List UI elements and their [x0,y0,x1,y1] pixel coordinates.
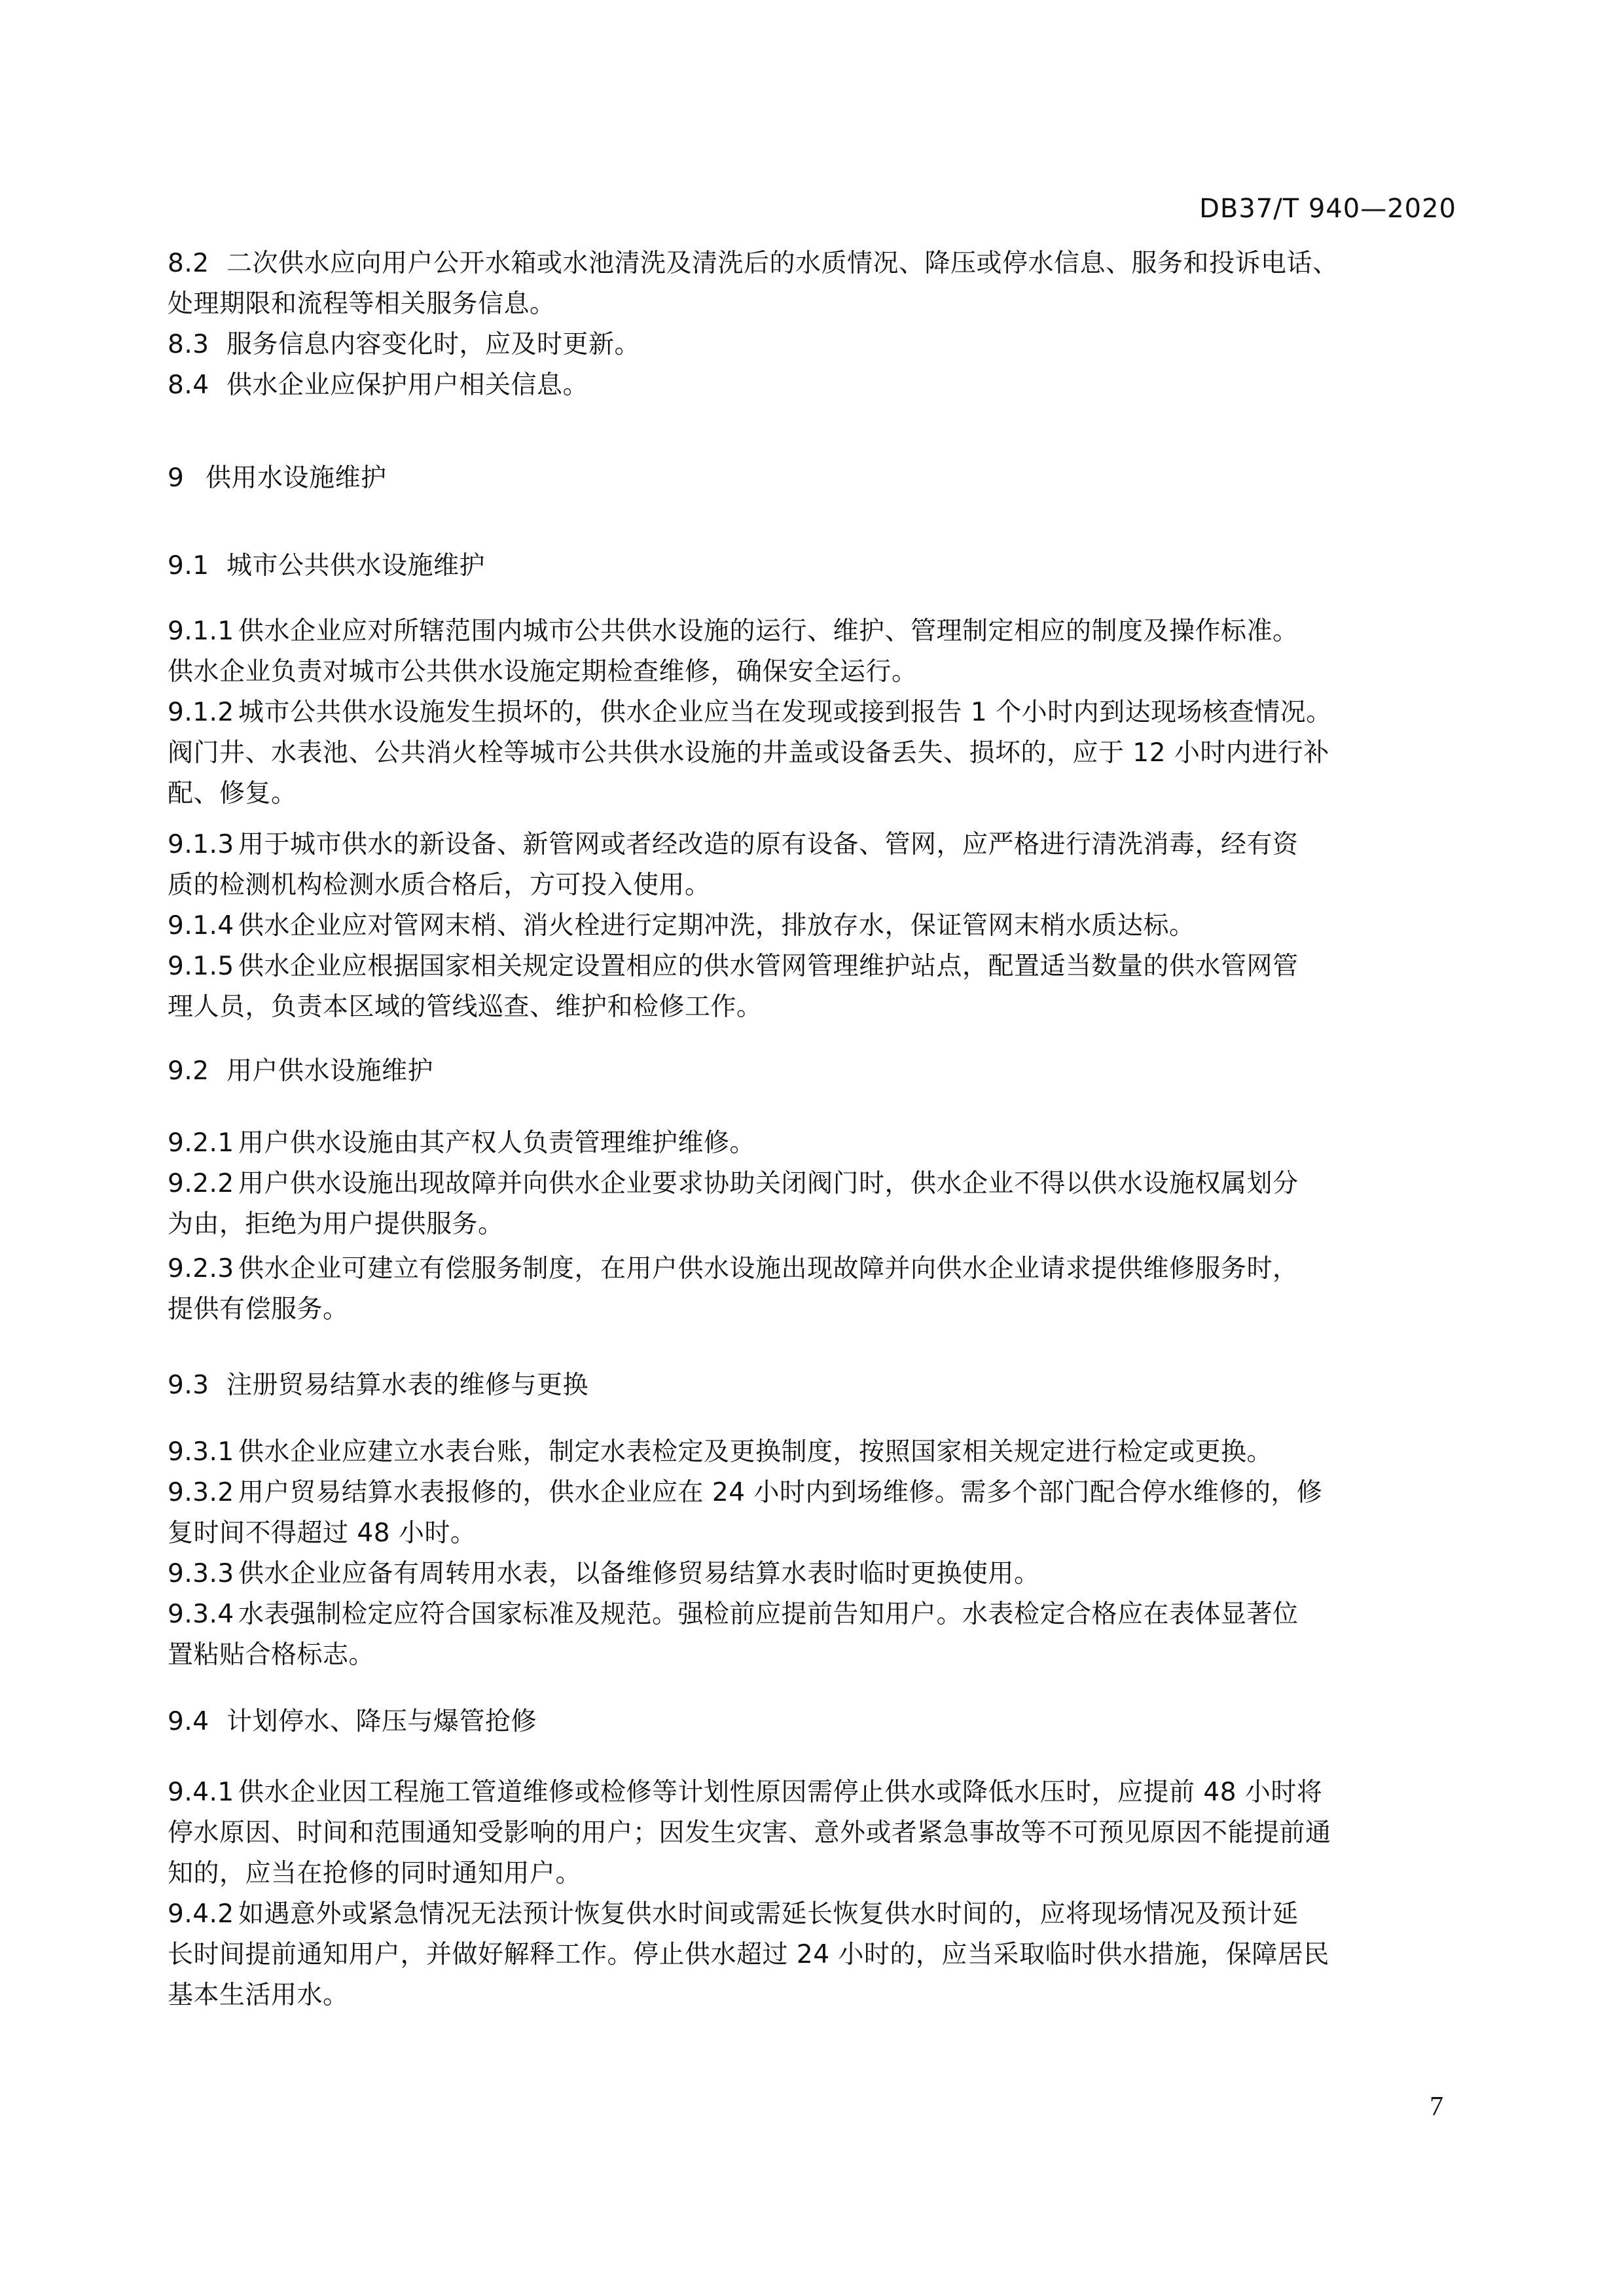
clause-number: 9.2.1 [168,1127,238,1160]
clause-line: 知的，应当在抢修的同时通知用户。 [168,1857,1457,1890]
section-heading-text: 城市公共供水设施维护 [226,551,485,581]
clause-number: 9.3.4 [168,1598,238,1631]
clause-text: 供水企业可建立有偿服务制度，在用户供水设施出现故障并向供水企业请求提供维修服务时… [238,1254,1299,1283]
clause-text: 供水企业负责对城市公共供水设施定期检查维修，确保安全运行。 [168,657,918,687]
clause-line: 9.1.5供水企业应根据国家相关规定设置相应的供水管网管理维护站点，配置适当数量… [168,950,1457,983]
clause-text: 基本生活用水。 [168,1981,349,2010]
clause-line: 供水企业负责对城市公共供水设施定期检查维修，确保安全运行。 [168,656,1457,689]
clause-line: 9.4.2如遇意外或紧急情况无法预计恢复供水时间或需延长恢复供水时间的，应将现场… [168,1898,1457,1931]
clause-line: 8.4供水企业应保护用户相关信息。 [168,369,1457,402]
section-heading: 9.4计划停水、降压与爆管抢修 [168,1706,1457,1738]
clause-text: 如遇意外或紧急情况无法预计恢复供水时间或需延长恢复供水时间的，应将现场情况及预计… [238,1899,1299,1929]
clause-line: 8.3服务信息内容变化时，应及时更新。 [168,329,1457,361]
clause-text: 阀门井、水表池、公共消火栓等城市公共供水设施的井盖或设备丢失、损坏的，应于 12… [168,738,1329,768]
clause-text: 长时间提前通知用户，并做好解释工作。停止供水超过 24 小时的，应当采取临时供水… [168,1940,1329,1969]
clause-text: 配、修复。 [168,779,297,808]
clause-number: 9.3.3 [168,1558,238,1590]
clause-line: 9.3.3供水企业应备有周转用水表，以备维修贸易结算水表时临时更换使用。 [168,1558,1457,1590]
clause-line: 复时间不得超过 48 小时。 [168,1517,1457,1550]
section-heading-text: 用户供水设施维护 [226,1056,433,1086]
clause-text: 供水企业应根据国家相关规定设置相应的供水管网管理维护站点，配置适当数量的供水管网… [238,952,1299,981]
clause-line: 9.4.1供水企业因工程施工管道维修或检修等计划性原因需停止供水或降低水压时，应… [168,1776,1457,1809]
clause-line: 理人员，负责本区域的管线巡查、维护和检修工作。 [168,991,1457,1024]
clause-line: 阀门井、水表池、公共消火栓等城市公共供水设施的井盖或设备丢失、损坏的，应于 12… [168,737,1457,770]
clause-text: 复时间不得超过 48 小时。 [168,1518,476,1548]
clause-line: 9.2.1用户供水设施由其产权人负责管理维护维修。 [168,1127,1457,1160]
section-heading: 9.2用户供水设施维护 [168,1055,1457,1088]
clause-number: 9.1.1 [168,615,238,648]
clause-line: 提供有偿服务。 [168,1293,1457,1326]
clause-text: 供水企业应对所辖范围内城市公共供水设施的运行、维护、管理制定相应的制度及操作标准… [238,617,1299,646]
clause-line: 9.2.3供水企业可建立有偿服务制度，在用户供水设施出现故障并向供水企业请求提供… [168,1253,1457,1285]
clause-line: 9.1.1供水企业应对所辖范围内城市公共供水设施的运行、维护、管理制定相应的制度… [168,615,1457,648]
clause-text: 二次供水应向用户公开水箱或水池清洗及清洗后的水质情况、降压或停水信息、服务和投诉… [226,249,1339,278]
clause-text: 置粘贴合格标志。 [168,1640,374,1670]
clause-number: 9.1.2 [168,696,238,729]
clause-number: 8.3 [168,329,226,361]
clause-number: 9.1.3 [168,829,238,861]
clause-text: 供水企业因工程施工管道维修或检修等计划性原因需停止供水或降低水压时，应提前 48… [238,1778,1322,1807]
clause-number: 9.2.2 [168,1168,238,1200]
clause-text: 供水企业应备有周转用水表，以备维修贸易结算水表时临时更换使用。 [238,1559,1040,1588]
clause-line: 9.2.2用户供水设施出现故障并向供水企业要求协助关闭阀门时，供水企业不得以供水… [168,1168,1457,1200]
clause-number: 9.1.4 [168,910,238,942]
clause-line: 9.1.4供水企业应对管网末梢、消火栓进行定期冲洗，排放存水，保证管网末梢水质达… [168,910,1457,942]
clause-text: 用户贸易结算水表报修的，供水企业应在 24 小时内到场维修。需多个部门配合停水维… [238,1478,1322,1507]
clause-text: 用户供水设施由其产权人负责管理维护维修。 [238,1128,755,1158]
clause-text: 供水企业应建立水表台账，制定水表检定及更换制度，按照国家相关规定进行检定或更换。 [238,1437,1272,1467]
section-heading-text: 供用水设施维护 [206,463,387,493]
section-heading-text: 注册贸易结算水表的维修与更换 [226,1371,588,1400]
clause-line: 9.1.3用于城市供水的新设备、新管网或者经改造的原有设备、管网，应严格进行清洗… [168,829,1457,861]
clause-number: 9.4.2 [168,1898,238,1931]
clause-text: 城市公共供水设施发生损坏的，供水企业应当在发现或接到报告 1 个小时内到达现场核… [238,698,1332,727]
clause-text: 停水原因、时间和范围通知受影响的用户；因发生灾害、意外或者紧急事故等不可预见原因… [168,1818,1331,1848]
document-page: DB37/T 940—2020 8.2二次供水应向用户公开水箱或水池清洗及清洗后… [0,0,1624,2296]
clause-line: 9.1.2城市公共供水设施发生损坏的，供水企业应当在发现或接到报告 1 个小时内… [168,696,1457,729]
clause-number: 9.1.5 [168,950,238,983]
clause-number: 9.2.3 [168,1253,238,1285]
clause-text: 服务信息内容变化时，应及时更新。 [226,330,640,359]
document-standard-number: DB37/T 940—2020 [1199,194,1456,224]
clause-text: 用于城市供水的新设备、新管网或者经改造的原有设备、管网，应严格进行清洗消毒，经有… [238,830,1299,859]
clause-line: 停水原因、时间和范围通知受影响的用户；因发生灾害、意外或者紧急事故等不可预见原因… [168,1817,1457,1850]
clause-text: 水表强制检定应符合国家标准及规范。强检前应提前告知用户。水表检定合格应在表体显著… [238,1600,1299,1629]
clause-number: 8.4 [168,369,226,402]
clause-text: 用户供水设施出现故障并向供水企业要求协助关闭阀门时，供水企业不得以供水设施权属划… [238,1169,1299,1198]
clause-text: 供水企业应对管网末梢、消火栓进行定期冲洗，排放存水，保证管网末梢水质达标。 [238,911,1195,941]
clause-number: 9.2 [168,1055,226,1088]
clause-text: 知的，应当在抢修的同时通知用户。 [168,1859,581,1888]
clause-line: 9.3.4水表强制检定应符合国家标准及规范。强检前应提前告知用户。水表检定合格应… [168,1598,1457,1631]
clause-line: 基本生活用水。 [168,1979,1457,2012]
clause-line: 8.2二次供水应向用户公开水箱或水池清洗及清洗后的水质情况、降压或停水信息、服务… [168,247,1457,280]
clause-line: 置粘贴合格标志。 [168,1639,1457,1672]
clause-number: 8.2 [168,247,226,280]
section-heading: 9.3注册贸易结算水表的维修与更换 [168,1369,1457,1402]
clause-line: 9.3.2用户贸易结算水表报修的，供水企业应在 24 小时内到场维修。需多个部门… [168,1477,1457,1509]
clause-text: 质的检测机构检测水质合格后，方可投入使用。 [168,870,711,900]
clause-line: 9.3.1供水企业应建立水表台账，制定水表检定及更换制度，按照国家相关规定进行检… [168,1436,1457,1469]
clause-line: 配、修复。 [168,778,1457,810]
clause-line: 处理期限和流程等相关服务信息。 [168,288,1457,321]
section-heading: 9.1城市公共供水设施维护 [168,550,1457,583]
clause-line: 长时间提前通知用户，并做好解释工作。停止供水超过 24 小时的，应当采取临时供水… [168,1939,1457,1971]
clause-number: 9.3.2 [168,1477,238,1509]
clause-text: 为由，拒绝为用户提供服务。 [168,1210,504,1239]
clause-text: 提供有偿服务。 [168,1295,349,1324]
clause-text: 理人员，负责本区域的管线巡查、维护和检修工作。 [168,992,763,1022]
clause-number: 9 [168,462,206,495]
clause-text: 供水企业应保护用户相关信息。 [226,370,588,400]
clause-text: 处理期限和流程等相关服务信息。 [168,289,556,319]
section-heading: 9供用水设施维护 [168,462,1457,495]
clause-line: 质的检测机构检测水质合格后，方可投入使用。 [168,869,1457,902]
page-number: 7 [1430,2091,1443,2123]
clause-number: 9.4.1 [168,1776,238,1809]
clause-number: 9.3 [168,1369,226,1402]
clause-number: 9.1 [168,550,226,583]
section-heading-text: 计划停水、降压与爆管抢修 [226,1707,537,1736]
clause-line: 为由，拒绝为用户提供服务。 [168,1208,1457,1241]
clause-number: 9.4 [168,1706,226,1738]
clause-number: 9.3.1 [168,1436,238,1469]
